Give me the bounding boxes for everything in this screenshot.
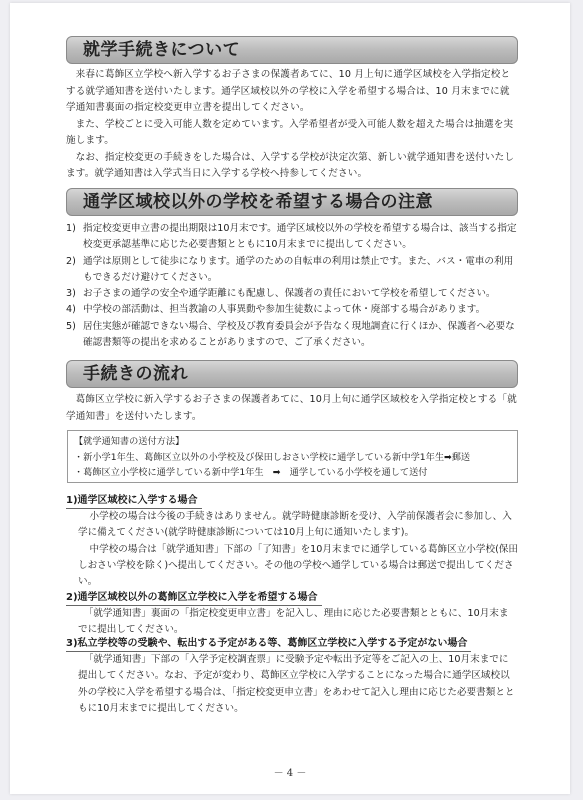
delivery-method-heading: 【就学通知書の送付方法】 [74, 434, 511, 450]
case-paragraph: 小学校の場合は今後の手続きはありません。就学時健康診断を受け、入学前保護者会に参… [78, 509, 518, 542]
item-text: 中学校の部活動は、担当教諭の人事異動や参加生徒数によって休・廃部する場合がありま… [83, 302, 518, 318]
enrollment-paragraph: なお、指定校変更の手続きをした場合は、入学する学校が決定次第、新しい就学通知書を… [66, 150, 518, 183]
notes-list-item: 5) 居住実態が確認できない場合、学校及び教育委員会が予告なく現地調査に行くほか… [66, 319, 518, 352]
case-heading-3: 3)私立学校等の受験や、転出する予定がある等、葛飾区立学校に入学する予定がない場… [66, 636, 471, 652]
delivery-method-line: ・葛飾区立小学校に通学している新中学1年生 ➡ 通学している小学校を通して送付 [74, 465, 511, 481]
flow-intro: 葛飾区立学校に新入学するお子さまの保護者あてに、10月上旬に通学区域校を入学指定… [66, 392, 518, 425]
notes-list-item: 4) 中学校の部活動は、担当教諭の人事異動や参加生徒数によって休・廃部する場合が… [66, 302, 518, 318]
case-paragraph: 中学校の場合は「就学通知書」下部の「了知書」を10月末までに通学している葛飾区立… [78, 542, 518, 591]
notes-list: 1) 指定校変更申立書の提出期限は10月末です。通学区域校以外の学校を希望する場… [66, 221, 518, 351]
notes-list-item: 3) お子さまの通学の安全や通学距離にも配慮し、保護者の責任において学校を希望し… [66, 286, 518, 302]
case-paragraph: 「就学通知書」裏面の「指定校変更申立書」を記入し、理由に応じた必要書類とともに、… [78, 606, 518, 639]
enrollment-paragraph: 来春に葛飾区立学校へ新入学するお子さまの保護者あてに、10 月上旬に通学区域校を… [66, 67, 518, 117]
notes-list-item: 2) 通学は原則として徒歩になります。通学のための自転車の利用は禁止です。また、… [66, 254, 518, 287]
enrollment-body: 来春に葛飾区立学校へ新入学するお子さまの保護者あてに、10 月上旬に通学区域校を… [66, 67, 518, 183]
case-paragraph: 「就学通知書」下部の「入学予定校調査票」に受験予定や転出予定等をご記入の上、10… [78, 652, 518, 717]
document-page: 就学手続きについて 来春に葛飾区立学校へ新入学するお子さまの保護者あてに、10 … [10, 3, 570, 794]
section-header-notes: 通学区域校以外の学校を希望する場合の注意 [66, 188, 518, 216]
item-text: お子さまの通学の安全や通学距離にも配慮し、保護者の責任において学校を希望してくだ… [83, 286, 518, 302]
case-body-2: 「就学通知書」裏面の「指定校変更申立書」を記入し、理由に応じた必要書類とともに、… [78, 606, 518, 639]
case-heading-2: 2)通学区域校以外の葛飾区立学校に入学を希望する場合 [66, 590, 322, 606]
item-text: 居住実態が確認できない場合、学校及び教育委員会が予告なく現地調査に行くほか、保護… [83, 319, 518, 352]
delivery-method-box: 【就学通知書の送付方法】 ・新小学1年生、葛飾区立以外の小学校及び保田しおさい学… [67, 430, 518, 483]
notes-list-item: 1) 指定校変更申立書の提出期限は10月末です。通学区域校以外の学校を希望する場… [66, 221, 518, 254]
item-text: 指定校変更申立書の提出期限は10月末です。通学区域校以外の学校を希望する場合は、… [83, 221, 518, 254]
enrollment-paragraph: また、学校ごとに受入可能人数を定めています。入学希望者が受入可能人数を超えた場合… [66, 117, 518, 150]
item-number: 4) [66, 302, 83, 318]
flow-intro-text: 葛飾区立学校に新入学するお子さまの保護者あてに、10月上旬に通学区域校を入学指定… [66, 392, 518, 425]
item-number: 3) [66, 286, 83, 302]
item-text: 通学は原則として徒歩になります。通学のための自転車の利用は禁止です。また、バス・… [83, 254, 518, 287]
case-heading-1: 1)通学区域校に入学する場合 [66, 493, 202, 509]
case-body-1: 小学校の場合は今後の手続きはありません。就学時健康診断を受け、入学前保護者会に参… [78, 509, 518, 590]
page-number: － 4 － [10, 764, 570, 779]
item-number: 1) [66, 221, 83, 254]
section-header-flow: 手続きの流れ [66, 360, 518, 388]
item-number: 5) [66, 319, 83, 352]
section-header-enrollment: 就学手続きについて [66, 36, 518, 64]
case-body-3: 「就学通知書」下部の「入学予定校調査票」に受験予定や転出予定等をご記入の上、10… [78, 652, 518, 717]
item-number: 2) [66, 254, 83, 287]
delivery-method-line: ・新小学1年生、葛飾区立以外の小学校及び保田しおさい学校に通学している新中学1年… [74, 450, 511, 466]
